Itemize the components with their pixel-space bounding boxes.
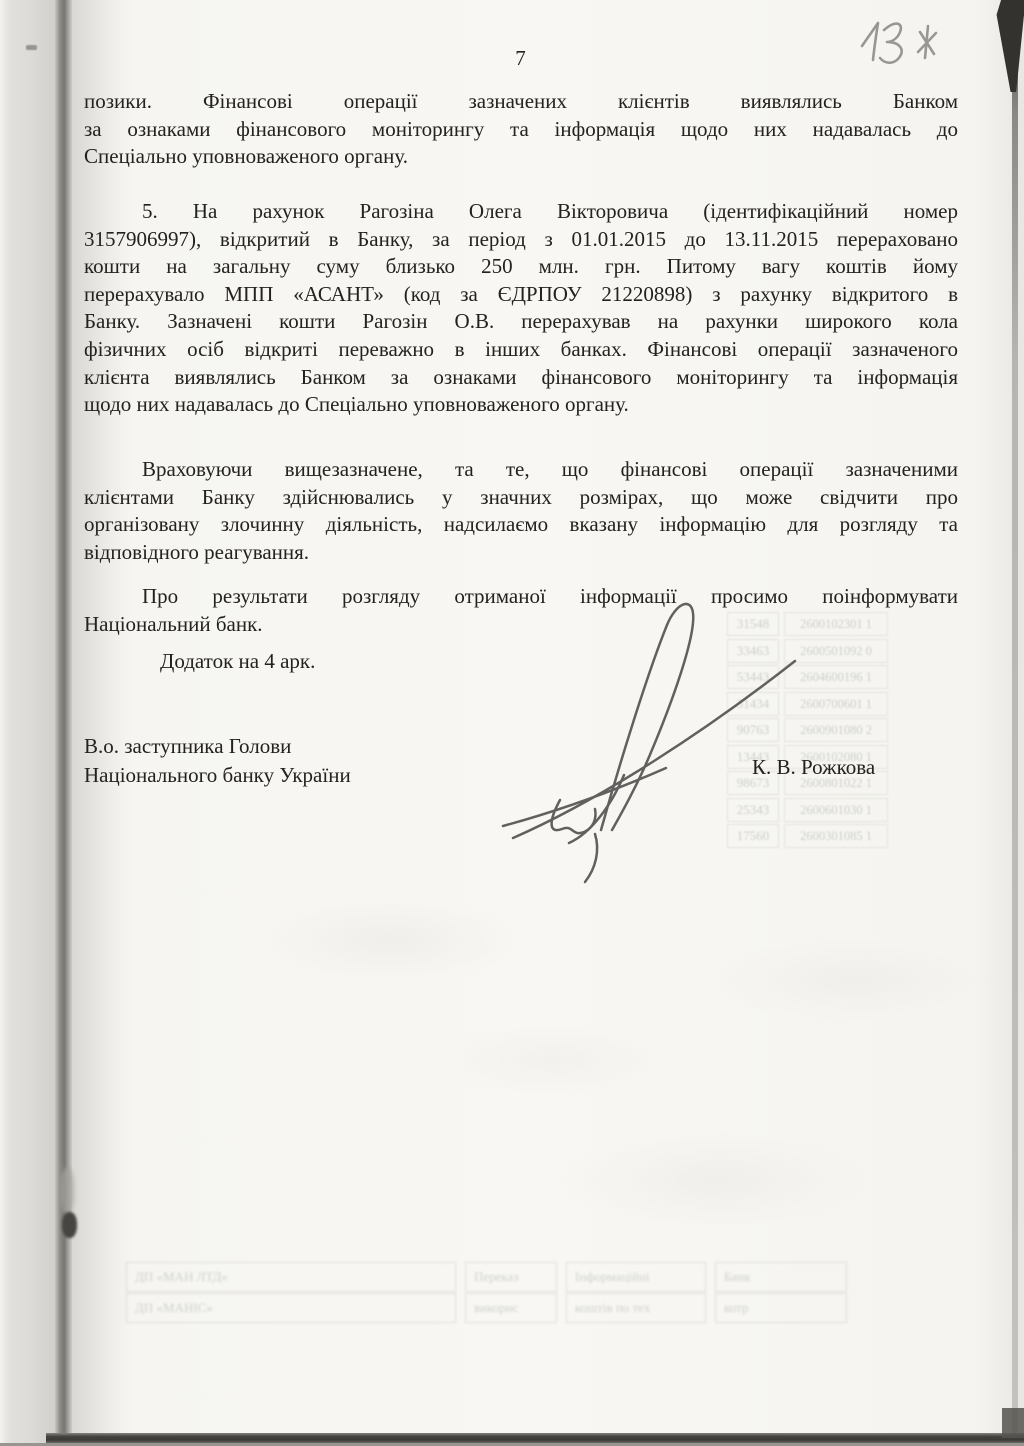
- bleed-row: 907632600901080 2: [727, 717, 888, 744]
- text-line: організовану злочинну діяльність, надсил…: [84, 511, 958, 539]
- text-line: клієнтами Банку здійснювались у значних …: [84, 484, 958, 512]
- attachment-note: Додаток на 4 арк.: [84, 648, 958, 676]
- text-line: перерахувало МПП «АСАНТ» (код за ЄДРПОУ …: [84, 281, 958, 309]
- binding-smudge: [60, 1168, 74, 1214]
- text-line: кошти на загальну суму близько 250 млн. …: [84, 253, 958, 281]
- paragraph-continuation: позики. Фінансові операції зазначених кл…: [84, 88, 958, 171]
- bleed-cell: котр: [715, 1293, 847, 1323]
- bleed-row: ДП «МАНІС»викорискоштів по техкотр: [126, 1293, 874, 1324]
- bleed-cell: ДП «МАН ЛТД»: [126, 1262, 456, 1292]
- bleed-cell: 17560: [727, 824, 779, 848]
- punch-hole-mark: [62, 1212, 77, 1238]
- bleed-cell: 2600700601 1: [784, 692, 888, 716]
- bleed-cell: коштів по тех: [566, 1293, 706, 1323]
- bleed-through-table: 315482600102301 1334632600501092 0534432…: [727, 611, 888, 850]
- bleed-cell: 2600301085 1: [784, 824, 888, 848]
- bleed-cell: Переказ: [465, 1262, 557, 1292]
- text-line: Про результати розгляду отриманої інформ…: [84, 583, 958, 611]
- bleed-cell: 90763: [727, 718, 779, 742]
- signatory-title-line1: В.о. заступника Голови: [84, 732, 351, 761]
- text-line: Враховуючи вищезазначене, та те, що фіна…: [84, 456, 958, 484]
- text-line: Банку. Зазначені кошти Рагозін О.В. пере…: [84, 308, 958, 336]
- scanner-left-margin: [0, 0, 55, 1446]
- text-line: фізичних осіб відкриті переважно в інших…: [84, 336, 958, 364]
- bleed-cell: 2600601030 1: [784, 798, 888, 822]
- bleed-cell: Банк: [715, 1262, 847, 1292]
- bleed-cell: 31434: [727, 692, 779, 716]
- scan-speck: [26, 45, 37, 50]
- bleed-row: 253432600601030 1: [727, 797, 888, 824]
- text-line: щодо них надавалась до Спеціально уповно…: [84, 391, 958, 419]
- text-line: клієнта виявлялись Банком за ознаками фі…: [84, 364, 958, 392]
- text-line: позики. Фінансові операції зазначених кл…: [84, 88, 958, 116]
- paragraph-conclusion: Враховуючи вищезазначене, та те, що фіна…: [84, 456, 958, 566]
- bleed-row: ДП «МАН ЛТД»ПереказІнформаційніБанк: [126, 1262, 874, 1293]
- bleed-cell: ДП «МАНІС»: [126, 1293, 456, 1323]
- signatory-title: В.о. заступника Голови Національного бан…: [84, 732, 351, 789]
- scan-corner-artifact-bottom: [1002, 1408, 1024, 1438]
- bleed-cell: викорис: [465, 1293, 557, 1323]
- page-bottom-edge: [46, 1433, 1024, 1443]
- bleed-row: 314342600700601 1: [727, 691, 888, 718]
- page-number: 7: [84, 46, 958, 71]
- text-line: відповідного реагування.: [84, 539, 958, 567]
- bleed-cell: 25343: [727, 798, 779, 822]
- paragraph-item-5: 5. На рахунок Рагозіна Олега Вікторовича…: [84, 198, 958, 419]
- bleed-through-bottom-table: ДП «МАН ЛТД»ПереказІнформаційніБанкДП «М…: [126, 1262, 874, 1324]
- bleed-row: 175602600301085 1: [727, 823, 888, 850]
- paragraph-request: Про результати розгляду отриманої інформ…: [84, 583, 958, 638]
- signatory-name: К. В. Рожкова: [752, 755, 875, 780]
- scanner-right-margin: [1018, 0, 1024, 1446]
- text-line: 5. На рахунок Рагозіна Олега Вікторовича…: [84, 198, 958, 226]
- bleed-cell: 2600901080 2: [784, 718, 888, 742]
- text-line: Національний банк.: [84, 611, 958, 639]
- text-line: 3157906997), відкритий в Банку, за періо…: [84, 226, 958, 254]
- bleed-cell: Інформаційні: [566, 1262, 706, 1292]
- signatory-title-line2: Національного банку України: [84, 761, 351, 790]
- text-line: Додаток на 4 арк.: [160, 648, 958, 676]
- text-line: Спеціально уповноваженого органу.: [84, 143, 958, 171]
- text-line: за ознаками фінансового моніторингу та і…: [84, 116, 958, 144]
